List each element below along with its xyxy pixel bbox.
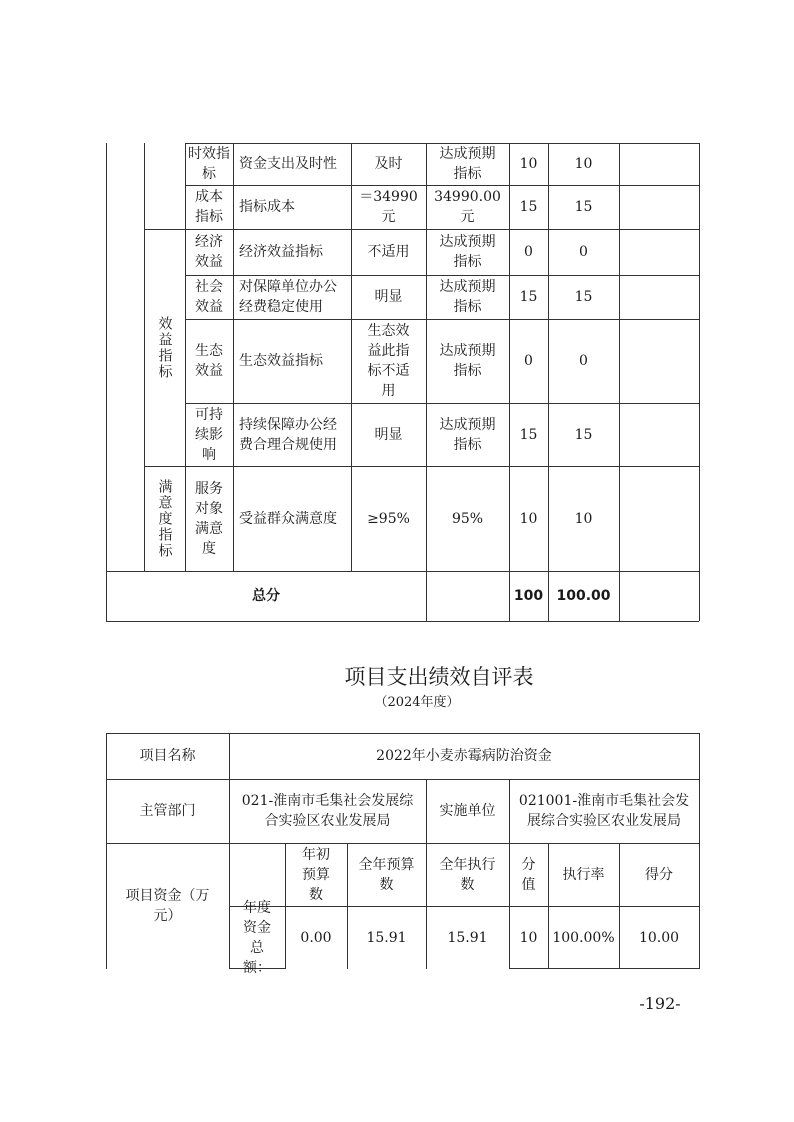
header-rate: 执行率 xyxy=(548,843,619,906)
rate-value: 100.00% xyxy=(548,906,619,969)
funds-label: 项目资金（万元） xyxy=(106,843,229,969)
impl-value: 021001-淮南市毛集社会发展综合实验区农业发展局 xyxy=(509,779,699,843)
header-initial: 年初预算数 xyxy=(285,843,347,906)
page-number: -192- xyxy=(620,994,700,1014)
project-expenditure-table: 项目名称 2022年小麦赤霉病防治资金 主管部门 021-淮南市毛集社会发展综合… xyxy=(0,0,794,1122)
header-executed: 全年执行数 xyxy=(426,843,509,906)
score-value: 10.00 xyxy=(619,906,699,969)
total-funds-label: 年度资金总额： xyxy=(229,906,285,969)
executed-value: 15.91 xyxy=(426,906,509,969)
dept-label: 主管部门 xyxy=(106,779,229,843)
project-name-label: 项目名称 xyxy=(106,733,229,779)
header-score: 得分 xyxy=(619,843,699,906)
initial-value: 0.00 xyxy=(285,906,347,969)
impl-label: 实施单位 xyxy=(426,779,509,843)
dept-value: 021-淮南市毛集社会发展综合实验区农业发展局 xyxy=(229,779,426,843)
header-full-budget: 全年预算数 xyxy=(347,843,426,906)
project-name-value: 2022年小麦赤霉病防治资金 xyxy=(229,733,699,779)
weight-value: 10 xyxy=(509,906,548,969)
header-weight: 分值 xyxy=(509,843,548,906)
full-budget-value: 15.91 xyxy=(347,906,426,969)
